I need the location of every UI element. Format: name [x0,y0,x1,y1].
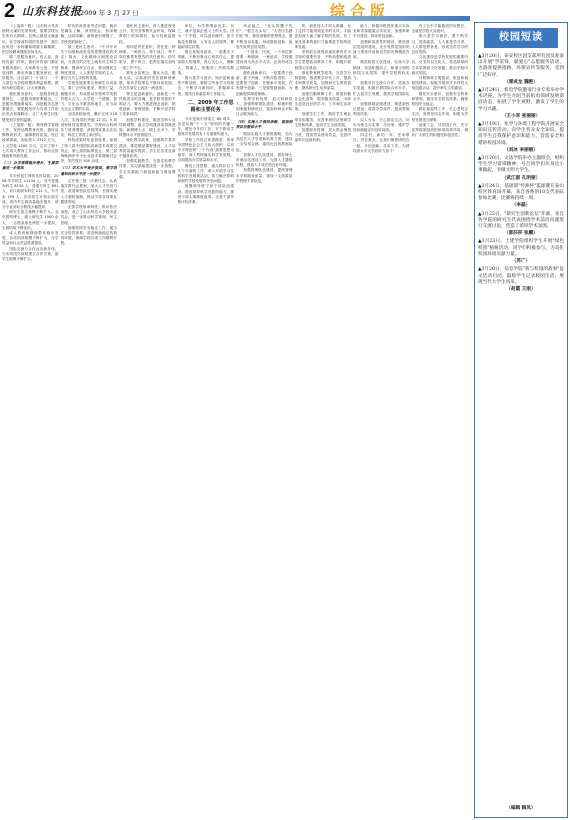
subheading: （二）办学规模稳步增长，生源质量进一步提高 [2,161,59,171]
paragraph: 坚持把全面提高素质教育作为学校的重要任务，不断加强和改进学生思想政治教育工作，积… [295,50,352,71]
paragraph: 研究生招生规模不断扩大。全年招收博士、硕士研究生 1500 余人，一志愿录取比例… [2,210,59,231]
paragraph: 强化创新意识，一是要勇于创新，敢于突破，不断开拓进取；二是要善于创新，在继承中发… [236,71,293,97]
text-column: （上接第一版） 山东科大具有独特大煤的光荣传统，需要学校历史所有大精神，其核心就… [2,24,59,818]
brief-item: ▲3月19日，化学与环境工程学院开展安全知识宣传活动，向学生普及安全知识，提高学… [478,122,564,154]
paragraph: 今年是新中国成立 60 周年，也是实施"十一五"规划的关键一年，做好今年的工作，… [178,117,235,138]
paragraph: 做好离退休工作，关心老同志生活，发挥老同志作用，积极为学校发展建言献策。 [412,107,469,123]
paragraph: 深化教学改革，加强教学基本建设，推进精品课程建设，人才培养质量稳步提高，学生在各… [119,138,176,159]
paragraph: 风必能之，"北头的櫃子先烂"，"枪打出头鸟"，"人怕出名猪怕壮"等，都是消极的思… [236,24,293,50]
paragraph: 能力，积极申报国家重点实验室和省部级重点实验室，加强科研平台建设，推动科技创新。 [353,24,410,40]
paragraph: 深化教育教学改革，完善学分制管理，推进教学评估工作，提高本科教学质量，加强研究生… [295,71,352,92]
brief-item: ▲3月20日，文法学院举办主题班会，组织学生学习雷锋精神，号召同学们从身边小事做… [478,156,564,182]
section-heading: 二、2009 年工作思路和主要任务 [178,100,235,114]
paragraph: 开展精神文明建设，推进和谐校园建设，积极开展形式多样的文明创建活动，提升师生文明… [412,76,469,92]
paragraph: 加强工会、共青团工作，充分发挥群团组织的桥梁纽带作用，调动广大师生的积极性和创造… [412,123,469,139]
article-columns: （上接第一版） 山东科大具有独特大煤的光荣传统，需要学校历史所有大精神，其核心就… [2,24,468,818]
brief-item: ▲3月23日，土建学院组织学生开展"绿色校园"植树活动，同学们积极参与，为美化校… [478,239,564,265]
paragraph: 推进校园文化建设，弘扬大学精神，营造积极向上、和谐文明的校园文化氛围，提升学校的… [353,60,410,81]
brief-credit: （苏广） [478,259,564,265]
text-column: 单位，为学校增添光彩。反之，就不是真正意义上的大学。因为一个学校，可以没有硬件，… [178,24,235,818]
paragraph: 强化安全意识，加强安全教育和管理，健全安全防范体系，确保校园安全稳定。 [412,92,469,108]
paragraph: 第三是民主意识。《中共中央关于加强和改进党的思想建设的决定》指出，文化精神文明建… [61,45,118,81]
paragraph: 成人教育和继续教育稳步发展，各类培训规模不断扩大，办学效益和社会效益显著提高。 [2,231,59,247]
paragraph: 加强基础设施建设，推进新校区建设，改善办学条件，提高资源利用效率。 [353,102,410,118]
paragraph: 加强学生工作，做好学生就业指导和服务，完善家庭经济困难学生资助体系，促进学生全面… [295,112,352,128]
brief-credit: （李磊） [478,203,564,209]
page-number: 2 [4,1,15,21]
paragraph: 一个国家、民族，一个单位都需要一种精神，一种追求。学校要建设成为高水平大学，必须… [236,50,293,71]
brief-item: ▲3月24日，基础部"怀师杯"篮球赛在泰山校区体育场开幕，来自各系的10支代表队… [478,184,564,210]
brief-text: ▲3月20日，泰安校区团支部所有团员赴泰山开展"学雷锋，献爱心"志愿服务活动，为… [478,54,564,79]
paragraph: 强化服务意识，一是服务理念要到位，二是服务制度要健全，三是服务措施要落实，四是服… [2,92,59,123]
brief-text: ▲3月24日，基础部"怀师杯"篮球赛在泰山校区体育场开幕，来自各系的10支代表队… [478,184,564,203]
campus-briefs-sidebar: 校园短读 ▲3月20日，泰安校区团支部所有团员赴泰山开展"学雷锋，献爱心"志愿服… [474,22,568,818]
brief-credit: （雷成龙 魏艳） [478,80,564,86]
sidebar-editor-credit: （编辑 顾凤） [475,805,567,811]
paragraph: 单位，为学校增添光彩。反之，就不是真正意义上的大学。因为一个学校，可以没有硬件，… [178,24,235,50]
paragraph: 加强财务管理，加大资金筹措力度，提高资金使用效益，完善内部审计监督机制。 [295,128,352,144]
paragraph: 加强和改进党的建设，推进基层党组织建设，充分发挥党组织的战斗堡垒作用和党员的先锋… [353,40,410,61]
paragraph: 时代的角度来考虑问题，就应是确实了解，深刻领会，加深理解，达到求解，新的意识增强… [61,24,118,45]
paragraph: 有了去中才能做成的好想法，这就是学校大局意识。 [412,24,469,34]
paragraph: 文化建设是学校发展的重要内容，应坚持以文化人，营造浓厚的学术氛围和文化底蕴，推动… [412,55,469,76]
paragraph: 第二是服务意识。有人说，高校有部门作风，我们所有部门都应有服务意识，大家都有公论… [2,55,59,91]
paragraph: （上接第一版） 教材教学管理工作，发挥品牌教育优势，搞好品牌教育形式，编辑教材质… [2,123,59,159]
text-column: 有了去中才能做成的好想法，这就是学校大局意识。第六是学习意识。要不断学习，提高素… [412,24,469,818]
brief-item: ▲3月20日，泰安校区团支部所有团员赴泰山开展"学雷锋，献爱心"志愿服务活动，为… [478,54,564,86]
brief-text: ▲3月23日，土建学院组织学生开展"绿色校园"植树活动，同学们积极参与，为美化校… [478,239,564,258]
brief-item: ▲3月24日，机电学院邀请行业专家举办学术讲座，为学生介绍当前机电领域发展前沿动… [478,88,564,120]
brief-text: ▲3月24日，机电学院邀请行业专家举办学术讲座，为学生介绍当前机电领域发展前沿动… [478,88,564,113]
text-column: 强化民主意识，深入推进校务公开，充分发挥教代会作用，保障教职工的知情权、参与权和… [119,24,176,818]
paragraph: 第五是服务意识，一是要乐于奉献，不断有事业心和责任心，提高做人的境界，真心关心人… [178,50,235,76]
briefs-list: ▲3月20日，泰安校区团支部所有团员赴泰山开展"学雷锋，献爱心"志愿服务活动，为… [478,54,564,293]
paragraph: 同志们，新的一年，任务艰巨，责任重大。让我们紧密团结在一起，开拓创新，扎实工作，… [353,133,410,154]
paragraph: 学校工作的总体思路是：高举中国特色社会主义伟大旗帜，以邓小平理论和"三个代表"重… [178,138,235,164]
paragraph: 科技成果转化更加显著，参加了第八届中国国际高新技术成果交易会，第七届国际博览会，… [61,138,118,164]
paragraph: 第六是学习意识。要不断学习，提高素质，人人都是学习者，人人都是教育者，形成全员学… [412,34,469,55]
paragraph: 第五是创新意识。创新是一个民族进步的灵魂，是学校发展的不竭动力。要大力推进理念创… [119,92,176,118]
brief-credit: （王小军 张丽丽） [478,114,564,120]
paragraph: 加强对外交流与合作，拓宽办学渠道，积极开展国际合作办学，扩大留学生规模，提高学校… [353,81,410,102]
brief-credit: （赵霞 王刚） [478,287,564,293]
paragraph: 发挥学科优势，加大科研投入，加强科研团队建设，积极申报国家级科研项目，提高科研水… [236,97,293,118]
text-column: 的，那是违人才的人都懂，有了这样才能得到更多的支持，才能更加深入地了解学校的发展… [295,24,352,818]
paragraph: 加强实践教学，完善实验教学体系，实习基地建设进一步加强，学生实践能力和创新能力明… [119,159,176,180]
subheading: （三）学术水平逐步提高，教学质量和科研水平进一步提升 [61,166,118,176]
paragraph: 围绕上述思路，重点抓好以下几个方面的工作：深入开展学习实践科学发展观活动，着力解… [178,164,235,185]
subheading: （四）实施人才强校战略，提高师资队伍整体水平 [236,120,293,130]
paragraph: 加强校园安全稳定工作，健全安全防控体系，营造和谐稳定的校园环境，保障学校各项工作… [61,226,118,247]
paragraph: 强化民主意识，深入推进校务公开，充分发挥教代会作用，保障教职工的知情权、参与权和… [119,24,176,45]
paragraph: 要有全局观念，服从大局，服务大局，以高度的责任感和使命感，推动学校事业不断向前发… [119,71,176,92]
paragraph: 继续实施人才强校战略，加大高层次人才引进和培养力度，建设一支结构合理、素质优良的… [236,132,293,153]
paragraph: 完善学校规章制度，推动依法治校，成立了山东科技大学校务委员会，进一步推动科学管理… [61,205,118,226]
brief-credit: （武江群 孔明丽） [478,176,564,182]
paragraph: 的，那是违人才的人都懂，有了这样才能得到更多的支持，才能更加深入地了解学校的发展… [295,24,352,50]
paper-name-logo: 山东科技报 [22,3,82,19]
masthead: 2 山东科技报 2009 年 3 月 27 日 综合版 责任编辑 某某某 E-m… [0,0,470,22]
paragraph: 加强领导班子和干部队伍建设，提高领导科学发展的能力，推进干部人事制度改革，完善干… [178,184,235,205]
brief-item: ▲3月22日，"研究生创新论坛"开幕，来自各学院的研究生代表围绕学术前沿问题进行… [478,212,564,238]
paragraph: 加强人才队伍建设，做好博士后流动站建设工作，完善人才激励机制，营造人才成长的良好… [236,153,293,169]
brief-credit: （刘冰 李丽丽） [478,148,564,154]
header-bar: 责任编辑 某某某 E-mail:sdkjb@... [76,16,470,21]
text-column: 风必能之，"北头的櫃子先烂"，"枪打出头鸟"，"人怕出名猪怕壮"等，都是消极的思… [236,24,293,818]
brief-text: ▲3月19日，化学与环境工程学院开展安全知识宣传活动，向学生普及安全知识，提高学… [478,122,564,147]
paragraph: 加强管理队伍建设，提高管理水平和服务质量，建设一支高素质的管理干部队伍。 [236,168,293,184]
paragraph: 国际交流与合作迈出新步伐，与多所国外高校建立合作关系，留学生规模不断扩大。 [2,247,59,263]
text-column: 时代的角度来考虑问题，就应是确实了解，深刻领会，加深理解，达到求解，新的意识增强… [61,24,118,818]
brief-text: ▲3月22日，"研究生创新论坛"开幕，来自各学院的研究生代表围绕学术前沿问题进行… [478,212,564,231]
paragraph: 学校发展需要全校师生共同参与，要广泛听取意见，集思广益，凝聚共识，形成推动学校科… [61,81,118,112]
paragraph: （上接第一版） 山东科大具有独特大煤的光荣传统，需要学校历史所有大精神，其核心就… [2,24,59,55]
paragraph: 以人为本，关心群众生活，切实为师生办实事、办好事，维护学校和谐稳定的良好局面。 [353,118,410,134]
sidebar-title: 校园短读 [484,28,558,48]
paragraph: 加强后勤保障工作，推进后勤社会化改革，提高服务质量，为师生创造良好的学习、工作和… [295,92,352,113]
paragraph: 第四是责任意识。责任是一种使命，一种担当。每个部门、每个岗位都要有强烈的责任意识… [119,45,176,71]
text-column: 能力，积极申报国家重点实验室和省部级重点实验室，加强科研平台建设，推动科技创新。… [353,24,410,818]
paragraph: 加强学科建设，推进学科专业结构调整，重点学科建设取得新进展，新增博士点、硕士点多… [119,118,176,139]
paragraph: 第六是学习意识。知识更新速度不断加快，要树立终身学习的理念，不断学习新知识，掌握… [178,76,235,97]
brief-credit: （郭莎莎 张鹏） [478,231,564,237]
paragraph: 召开第三届一次教代会，认真落实教代会提案，加大人才引进力度，改善师资队伍结构，全… [61,179,118,205]
paragraph: 全国高校前列，累计完成 118 人次，实现零的突破 12 项。5 项国家科技成果… [61,112,118,138]
brief-item: ▲3月20日，信息学院"我与校园的故事"征文活动启动，鼓励学生记录校园生活，展现… [478,267,564,293]
paragraph: 本专科招生保持良好局面。2008 年共招生 11134 人，其中普通本科生 61… [2,174,59,210]
brief-text: ▲3月20日，信息学院"我与校园的故事"征文活动启动，鼓励学生记录校园生活，展现… [478,267,564,286]
brief-text: ▲3月20日，文法学院举办主题班会，组织学生学习雷锋精神，号召同学们从身边小事做… [478,156,564,175]
